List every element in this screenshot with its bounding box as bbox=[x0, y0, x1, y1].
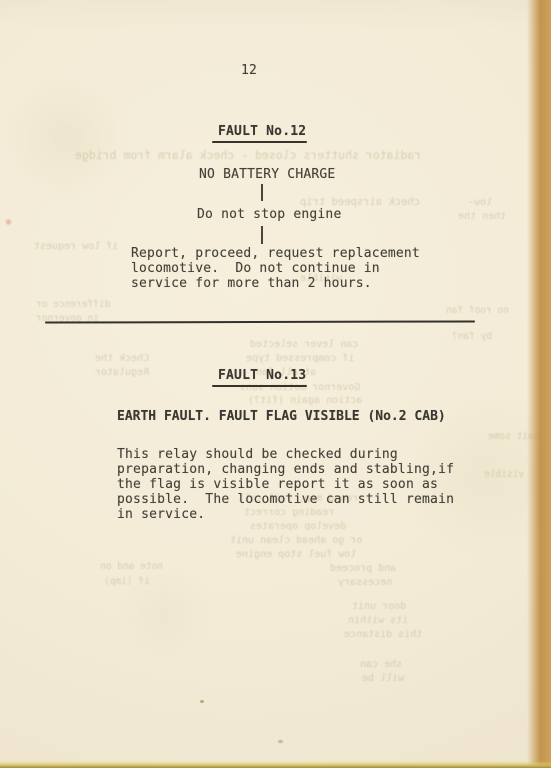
bleedthrough-fragment: door unit bbox=[352, 600, 406, 613]
fault13-heading: FAULT No.13 bbox=[218, 368, 306, 383]
bleedthrough-fragment: if low request bbox=[34, 240, 118, 253]
ink-speck bbox=[278, 740, 283, 743]
paragraph-line: in service. bbox=[117, 507, 454, 522]
bleedthrough-fragment: necessary bbox=[338, 576, 392, 589]
bleedthrough-fragment: action again (fit?) bbox=[248, 394, 362, 407]
bleedthrough-fragment: if (imp) bbox=[104, 575, 150, 588]
bleedthrough-fragment: by fan? bbox=[452, 330, 492, 343]
flow-connector-line bbox=[261, 184, 263, 201]
bleedthrough-fragment: difference or bbox=[36, 298, 110, 311]
fault12-heading-underline bbox=[212, 141, 307, 143]
ink-speck bbox=[5, 218, 12, 226]
fault12-node-do-not-stop-engine: Do not stop engine bbox=[197, 207, 341, 222]
bleedthrough-fragment: will be bbox=[362, 672, 404, 685]
fault12-node-no-battery-charge: NO BATTERY CHARGE bbox=[199, 167, 335, 182]
bleedthrough-fragment: note and on bbox=[100, 560, 163, 573]
paragraph-line: This relay should be checked during bbox=[117, 447, 454, 462]
paragraph-line: the flag is visible report it as soon as bbox=[117, 477, 454, 492]
scanned-page: radiator shutters closed - check alarm f… bbox=[0, 0, 551, 768]
bleedthrough-fragment: low- bbox=[468, 196, 492, 209]
bleedthrough-fragment: visible bbox=[484, 468, 524, 481]
book-edge-right bbox=[527, 0, 551, 768]
flow-connector-line bbox=[261, 226, 263, 244]
bleedthrough-fragment: Regulator bbox=[95, 366, 149, 379]
fault12-heading: FAULT No.12 bbox=[218, 124, 306, 139]
paragraph-line: service for more than 2 hours. bbox=[131, 276, 420, 291]
bleedthrough-fragment: then the bbox=[458, 210, 506, 223]
paragraph-line: Report, proceed, request replacement bbox=[131, 246, 420, 261]
fault13-heading-underline bbox=[212, 385, 307, 387]
bleedthrough-fragment: or go ahead clean unit bbox=[230, 534, 362, 547]
paragraph-line: preparation, changing ends and stabling,… bbox=[117, 462, 454, 477]
paragraph-line: possible. The locomotive can still remai… bbox=[117, 492, 454, 507]
section-separator-line bbox=[45, 320, 475, 323]
bleedthrough-fragment: Check the bbox=[95, 352, 149, 365]
bleedthrough-fragment: low fuel stop engine bbox=[236, 548, 356, 561]
bleedthrough-fragment: this distance bbox=[344, 628, 422, 641]
fault12-action-paragraph: Report, proceed, request replacement loc… bbox=[131, 246, 420, 291]
bleedthrough-fragment: if compressed type bbox=[246, 352, 354, 365]
page-edge-bottom bbox=[0, 761, 551, 768]
bleedthrough-fragment: its within bbox=[348, 614, 408, 627]
fault13-title: EARTH FAULT. FAULT FLAG VISIBLE (No.2 CA… bbox=[117, 409, 446, 424]
paragraph-line: locomotive. Do not continue in bbox=[131, 261, 420, 276]
bleedthrough-fragment: radiator shutters closed - check alarm f… bbox=[75, 149, 421, 162]
bleedthrough-fragment: no roof fan bbox=[446, 304, 509, 317]
bleedthrough-fragment: she can bbox=[360, 658, 402, 671]
bleedthrough-fragment: and proceed bbox=[330, 562, 396, 575]
bleedthrough-fragment: can lever selected bbox=[250, 338, 358, 351]
page-number: 12 bbox=[241, 63, 257, 78]
fault13-body-paragraph: This relay should be checked during prep… bbox=[117, 447, 454, 522]
ink-speck bbox=[200, 700, 204, 703]
